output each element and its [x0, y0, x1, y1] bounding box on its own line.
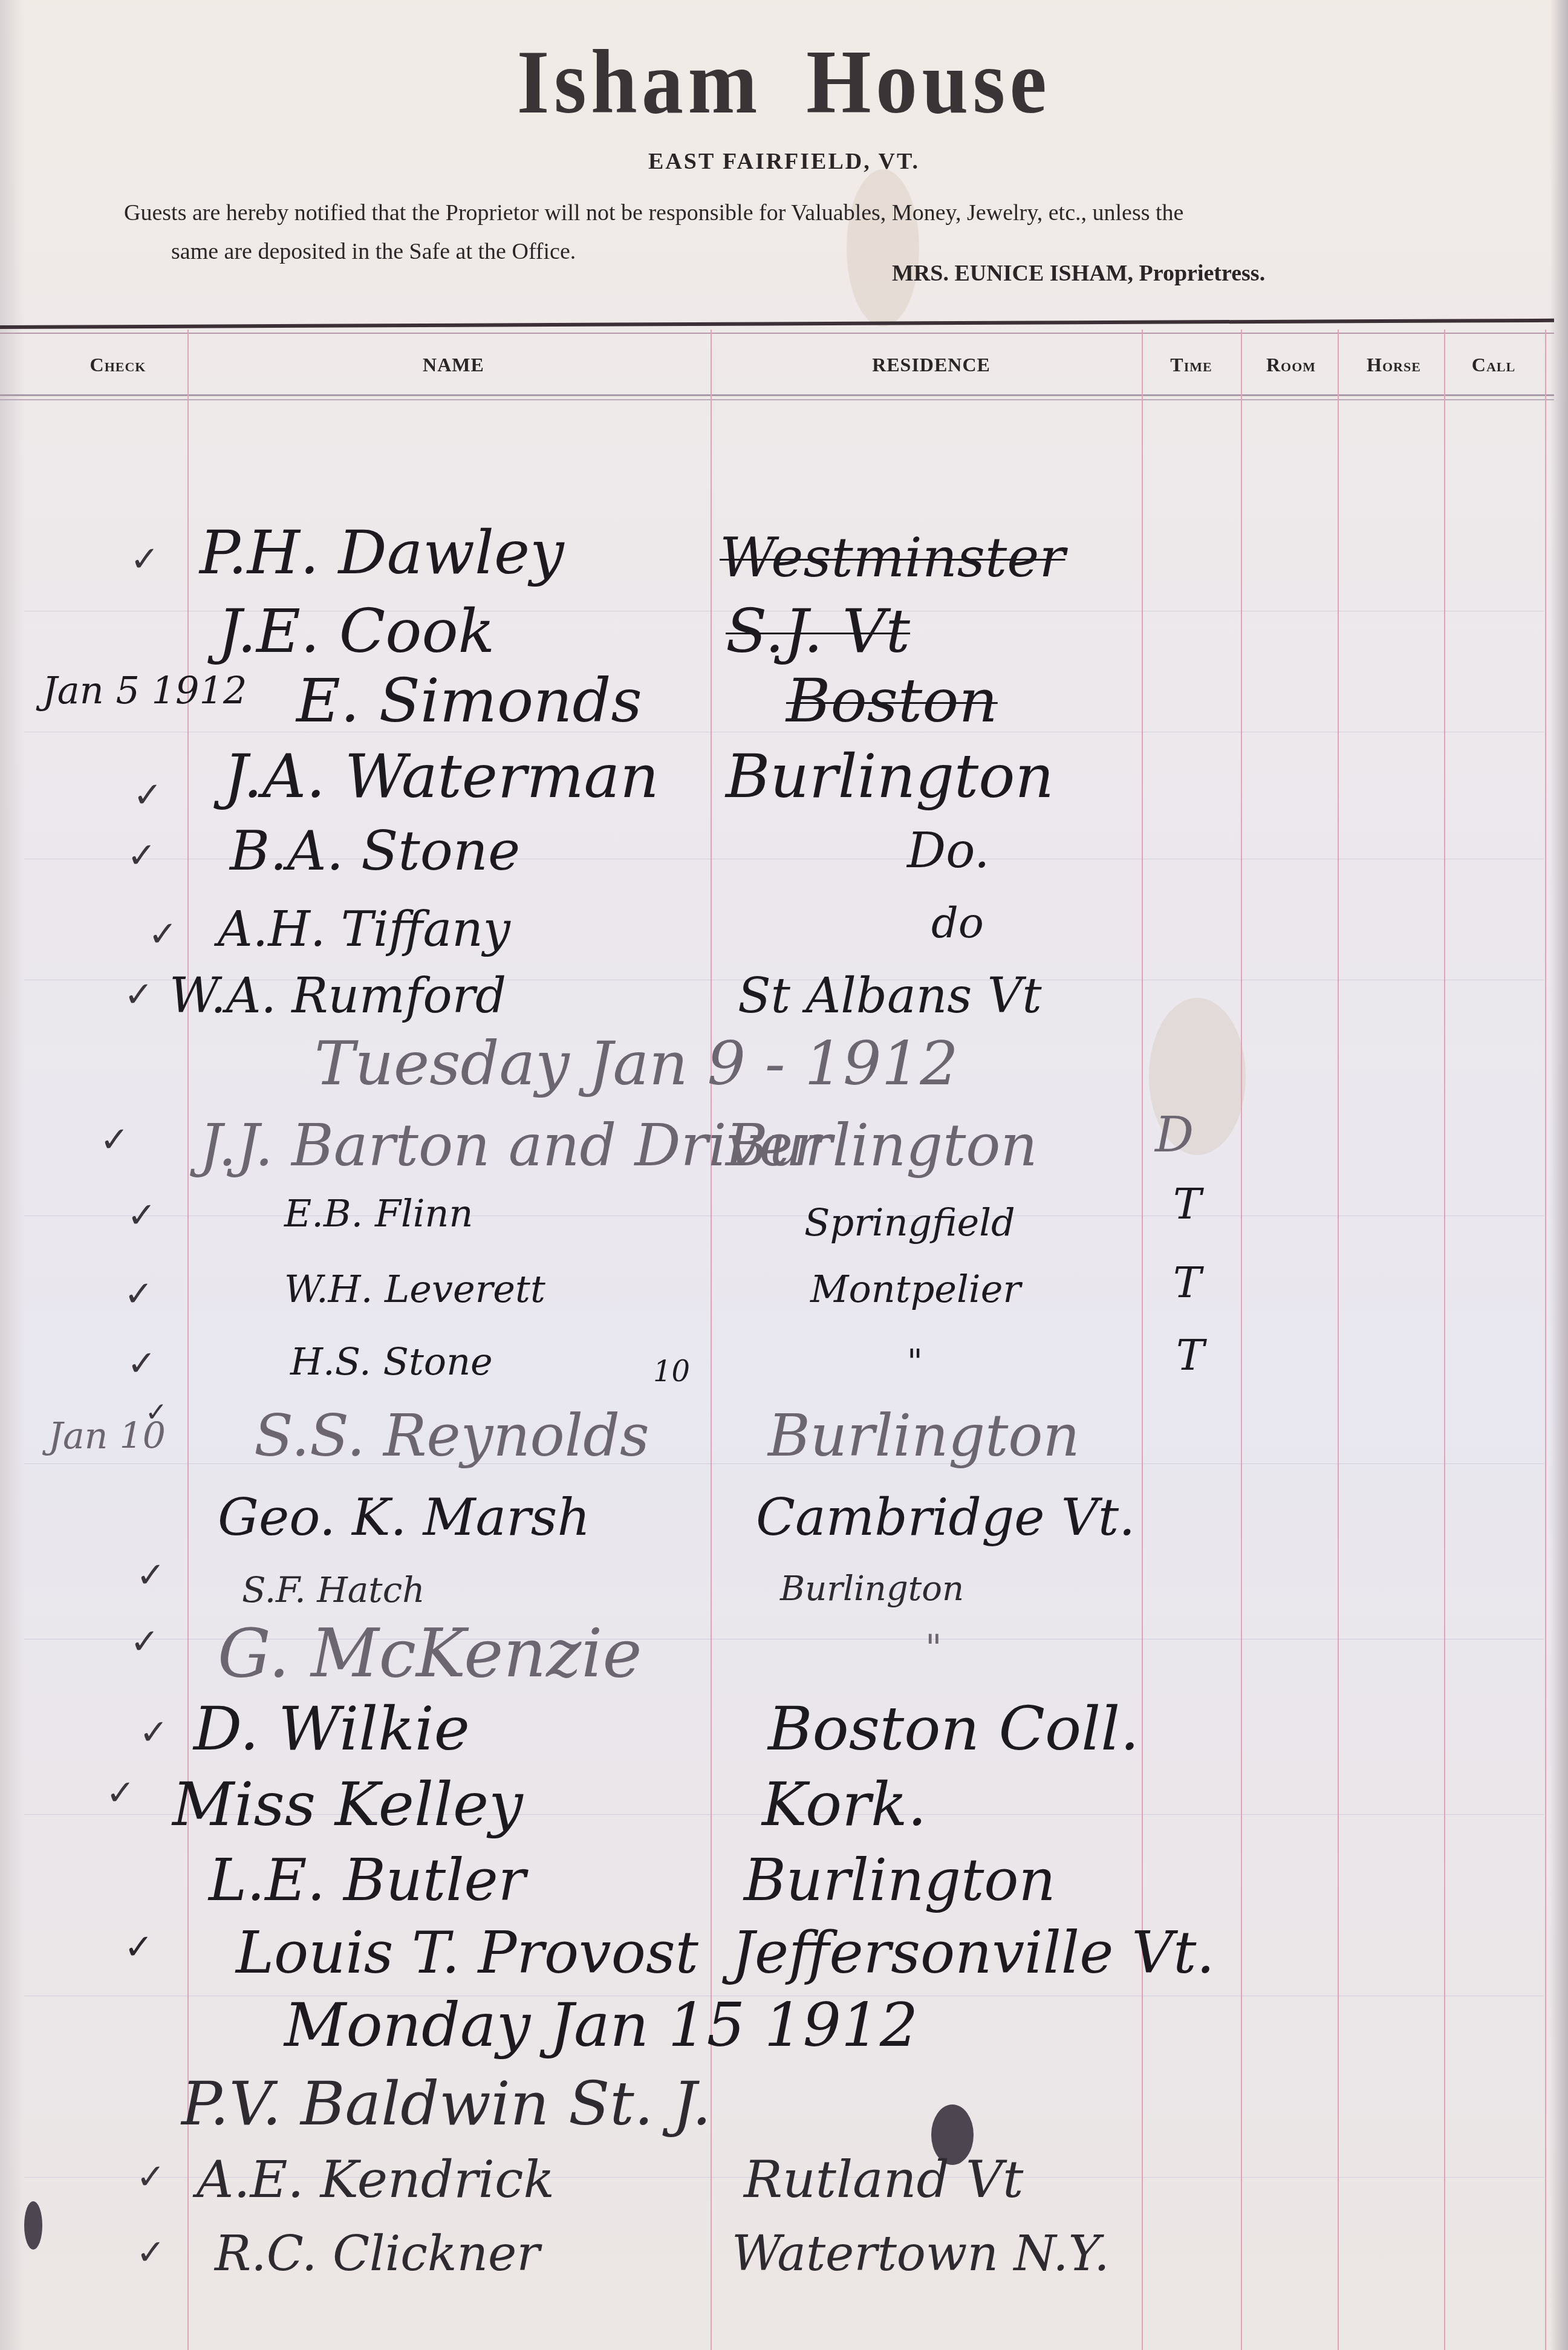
entry-note: 10	[653, 1355, 690, 1388]
column-divider	[1338, 330, 1339, 2350]
check-mark: ✓	[124, 1273, 154, 1314]
guest-residence: Kork.	[762, 1769, 926, 1840]
date-heading-text: Monday Jan 15 1912	[284, 1990, 918, 2060]
date-heading-text: Tuesday Jan 9 - 1912	[314, 1028, 958, 1099]
guest-name: L.E. Butler	[209, 1847, 525, 1914]
guest-name: P.V. Baldwin St. J.	[181, 2068, 711, 2139]
guest-name: Geo. K. Marsh	[218, 1488, 590, 1548]
guest-residence: Jeffersonville Vt.	[732, 1920, 1215, 1987]
header-rule-thin	[0, 333, 1554, 334]
time-mark: T	[1173, 1258, 1202, 1307]
guest-name: J.E. Cook	[218, 596, 495, 666]
page-binding-edge	[0, 0, 24, 2350]
guest-name: R.C. Clickner	[215, 2225, 540, 2282]
guest-residence: St Albans Vt	[738, 968, 1042, 1024]
column-header-time: Time	[1149, 354, 1234, 376]
liability-notice: Guests are hereby notified that the Prop…	[124, 194, 1454, 271]
column-header-residence: RESIDENCE	[834, 354, 1028, 376]
guest-residence: Burlington	[768, 1403, 1080, 1470]
column-header-room: Room	[1249, 354, 1333, 376]
check-mark: ✓	[106, 1772, 135, 1813]
column-header-rule	[0, 394, 1554, 396]
check-mark: ✓	[124, 1926, 154, 1967]
guest-residence: Burlington	[780, 1569, 964, 1609]
ruled-line	[24, 732, 1544, 732]
time-mark: T	[1173, 1179, 1202, 1229]
guest-name: B.A. Stone	[230, 819, 520, 883]
guest-residence: Boston Coll.	[768, 1693, 1139, 1764]
guest-residence: Westminster	[720, 526, 1065, 590]
column-divider	[1241, 330, 1242, 2350]
check-mark: ✓	[100, 1119, 129, 1160]
guest-residence: Springfield	[804, 1200, 1015, 1245]
hotel-location: EAST FAIRFIELD, VT.	[0, 148, 1568, 175]
guest-residence: Burlington	[726, 1113, 1038, 1179]
ink-blot	[24, 2201, 42, 2250]
column-divider	[1444, 330, 1445, 2350]
guest-name: D. Wilkie	[194, 1693, 470, 1764]
column-divider	[1142, 330, 1143, 2350]
check-mark: ✓	[130, 538, 160, 579]
check-mark: ✓	[139, 1711, 169, 1753]
check-mark: ✓	[136, 2231, 166, 2273]
guest-name: A.H. Tiffany	[218, 901, 510, 957]
guest-name: H.S. Stone	[290, 1339, 493, 1384]
guest-residence: do	[931, 898, 984, 948]
column-header-name: NAME	[387, 354, 520, 376]
check-mark: ✓	[127, 835, 157, 876]
check-mark: ✓	[136, 2156, 166, 2197]
ruled-line	[24, 1216, 1544, 1216]
check-mark: ✓	[124, 974, 154, 1015]
check-mark: ✓	[127, 1343, 157, 1384]
guest-name: S.F. Hatch	[242, 1569, 425, 1610]
guest-name: Louis T. Provost	[236, 1920, 698, 1987]
proprietress-line: MRS. EUNICE ISHAM, Proprietress.	[892, 260, 1265, 287]
register-title: IshamHouse	[63, 30, 1506, 134]
column-header-call: Call	[1448, 354, 1539, 376]
guest-residence: Burlington	[744, 1847, 1056, 1914]
guest-residence: "	[907, 1343, 923, 1382]
guest-name: S.S. Reynolds	[254, 1403, 649, 1470]
column-divider	[187, 330, 189, 2350]
guest-residence: "	[925, 1627, 942, 1669]
guest-name: E.B. Flinn	[284, 1191, 473, 1235]
guest-name: W.H. Leverett	[284, 1267, 545, 1311]
guest-name: J.A. Waterman	[224, 741, 659, 812]
column-header-horse: Horse	[1345, 354, 1442, 376]
check-mark: ✓	[148, 913, 178, 954]
check-mark: ✓	[136, 1554, 166, 1595]
guest-residence: Watertown N.Y.	[732, 2225, 1110, 2282]
check-mark: ✓	[130, 1621, 160, 1662]
column-header-check: Check	[79, 354, 157, 376]
guest-name: A.E. Kendrick	[197, 2150, 555, 2210]
time-mark: T	[1176, 1330, 1205, 1380]
guest-name: Miss Kelley	[172, 1769, 523, 1840]
header-rule	[0, 319, 1554, 329]
column-header-rule-thin	[0, 399, 1554, 400]
guest-name: P.H. Dawley	[200, 517, 564, 588]
guest-residence: Rutland Vt	[744, 2150, 1023, 2210]
guest-residence: Cambridge Vt.	[756, 1488, 1135, 1548]
guest-residence: Boston	[786, 665, 998, 736]
page-outer-edge	[1550, 0, 1568, 2350]
check-mark: ✓	[127, 1194, 157, 1235]
guest-residence: Montpelier	[810, 1267, 1021, 1311]
entry-date: Jan 5 1912	[42, 668, 247, 712]
check-mark: ✓	[133, 774, 163, 815]
guest-residence: Do.	[907, 822, 989, 879]
time-mark: D	[1155, 1107, 1194, 1163]
guest-residence: S.J. Vt	[726, 596, 910, 666]
column-divider	[1545, 330, 1546, 2350]
guest-name: E. Simonds	[296, 665, 642, 736]
guest-name: G. McKenzie	[218, 1615, 642, 1692]
guest-name: W.A. Rumford	[169, 968, 506, 1024]
check-mark: ✓	[145, 1397, 168, 1428]
guest-residence: Burlington	[726, 741, 1054, 812]
